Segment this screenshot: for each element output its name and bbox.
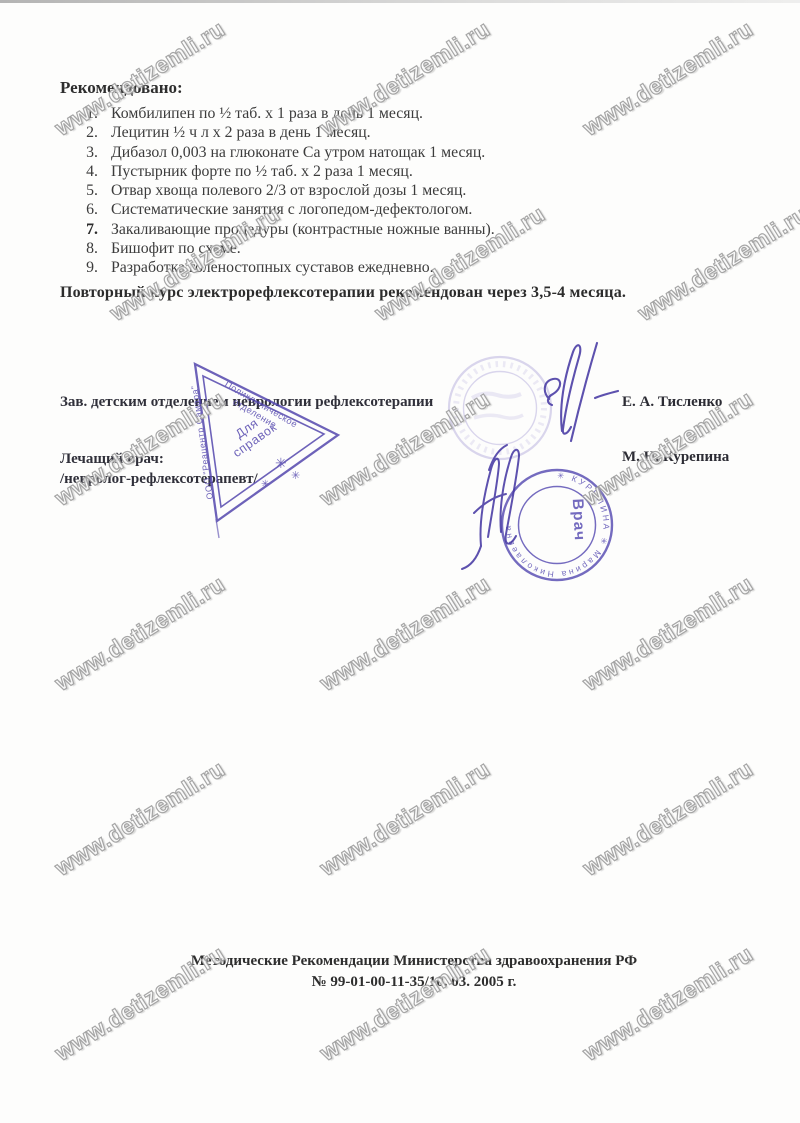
watermark-text: www.detizemli.ru <box>576 754 760 883</box>
list-item: 3.Дибазол 0,003 на глюконате Са утром на… <box>60 144 495 163</box>
signatory2-name: М. Н. Курепина <box>622 449 729 466</box>
triangle-stamp-center-text-line2: справок <box>230 420 279 460</box>
list-item: 4.Пустырник форте по ½ таб. х 2 раза 1 м… <box>60 163 495 182</box>
list-item: 7.Закаливающие процедуры (контрастные но… <box>60 221 495 240</box>
round-stamp-outer-ring <box>502 470 612 580</box>
triangle-stamp-star-icon: ✳ <box>261 479 269 490</box>
list-item: 9.Разработка голеностопных суставов ежед… <box>60 259 495 278</box>
recommendations-list: 1.Комбилипен по ½ таб. х 1 раза в день 1… <box>60 105 495 279</box>
triangle-stamp-outer-border <box>195 364 338 521</box>
footer-reference: Методические Рекомендации Министерства з… <box>14 951 800 993</box>
item-text: Систематические занятия с логопедом-дефе… <box>111 201 472 219</box>
signatory2-role-line2: /невролог-рефлексотерапевт/ <box>60 471 258 488</box>
item-number: 3. <box>60 144 111 162</box>
item-number: 2. <box>60 124 111 142</box>
signatory1-name: Е. А. Тисленко <box>622 394 722 411</box>
item-number: 1. <box>60 105 111 123</box>
watermark-text: www.detizemli.ru <box>313 569 497 698</box>
watermark-text: www.detizemli.ru <box>576 569 760 698</box>
item-text: Лецитин ½ ч л х 2 раза в день 1 месяц. <box>111 124 371 142</box>
list-item: 1.Комбилипен по ½ таб. х 1 раза в день 1… <box>60 105 495 124</box>
item-number: 8. <box>60 240 111 258</box>
signature-kurepina <box>462 445 519 569</box>
list-item: 6.Систематические занятия с логопедом-де… <box>60 201 495 220</box>
list-item: 8.Бишофит по схеме. <box>60 240 495 259</box>
faint-round-stamp <box>449 357 551 459</box>
item-text: Дибазол 0,003 на глюконате Са утром нато… <box>111 144 485 162</box>
item-number: 7. <box>60 221 111 239</box>
svg-text:✳ КУРЕПИНА ✳ Марина Николаевна: ✳ КУРЕПИНА ✳ Марина Николаевна <box>502 470 611 579</box>
signature-tislenko <box>545 343 618 441</box>
round-stamp-inner-ring <box>519 487 596 564</box>
item-number: 5. <box>60 182 111 200</box>
round-stamp-center-text: Врач <box>569 498 588 542</box>
list-item: 5.Отвар хвоща полевого 2/3 от взрослой д… <box>60 182 495 201</box>
list-item: 2.Лецитин ½ ч л х 2 раза в день 1 месяц. <box>60 124 495 143</box>
item-text: Комбилипен по ½ таб. х 1 раза в день 1 м… <box>111 105 423 123</box>
doctor-round-stamp: ✳ КУРЕПИНА ✳ Марина Николаевна Врач <box>502 470 612 580</box>
signatory1-role: Зав. детским отделением неврологии рефле… <box>60 394 433 411</box>
item-text: Разработка голеностопных суставов ежедне… <box>111 259 434 277</box>
scanned-document-page: Рекомендовано: 1.Комбилипен по ½ таб. х … <box>0 0 800 1123</box>
watermark-text: www.detizemli.ru <box>631 199 800 328</box>
item-text: Бишофит по схеме. <box>111 240 241 258</box>
triangle-stamp-center-text-line1: Для <box>233 416 261 441</box>
footer-line1: Методические Рекомендации Министерства з… <box>14 951 800 972</box>
signatory2-role-line1: Лечащий врач: <box>60 451 164 468</box>
scan-artifact-line <box>0 0 800 3</box>
footer-line2: № 99-01-00-11-35/10. 03. 2005 г. <box>14 972 800 993</box>
item-text: Пустырник форте по ½ таб. х 2 раза 1 мес… <box>111 163 413 181</box>
item-number: 4. <box>60 163 111 181</box>
repeat-course-note: Повторный курс электрорефлексотерапии ре… <box>60 284 626 302</box>
item-number: 9. <box>60 259 111 277</box>
triangle-stamp: Поликлиническое отделение ООО "Реацентр … <box>189 364 338 538</box>
watermark-text: www.detizemli.ru <box>313 754 497 883</box>
watermark-text: www.detizemli.ru <box>576 14 760 143</box>
recommendations-heading: Рекомендовано: <box>60 78 183 98</box>
round-stamp-ring-text: ✳ КУРЕПИНА ✳ Марина Николаевна <box>502 470 611 579</box>
item-number: 6. <box>60 201 111 219</box>
triangle-stamp-star-icon: ✳ <box>291 470 300 482</box>
item-text: Отвар хвоща полевого 2/3 от взрослой доз… <box>111 182 466 200</box>
watermark-text: www.detizemli.ru <box>48 569 232 698</box>
watermark-text: www.detizemli.ru <box>48 754 232 883</box>
item-text: Закаливающие процедуры (контрастные ножн… <box>111 221 495 239</box>
triangle-stamp-star-icon: ✳ <box>275 455 287 471</box>
